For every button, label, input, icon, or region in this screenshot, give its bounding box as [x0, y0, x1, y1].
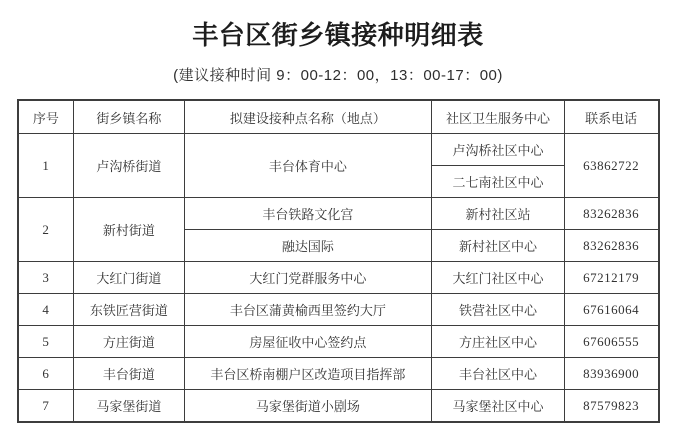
cell-center: 马家堡社区中心: [432, 390, 564, 423]
cell-serial: 7: [18, 390, 74, 423]
cell-site: 融达国际: [184, 230, 432, 262]
header-center: 社区卫生服务中心: [432, 100, 564, 134]
cell-street: 丰台街道: [74, 358, 184, 390]
cell-phone: 83936900: [564, 358, 658, 390]
cell-street: 新村街道: [74, 198, 184, 262]
cell-phone: 63862722: [564, 134, 658, 198]
header-site: 拟建设接种点名称（地点）: [184, 100, 432, 134]
table-header: 序号 街乡镇名称 拟建设接种点名称（地点） 社区卫生服务中心 联系电话: [18, 100, 659, 134]
cell-center: 二七南社区中心: [432, 166, 564, 198]
cell-serial: 6: [18, 358, 74, 390]
table-row: 2新村街道丰台铁路文化宫新村社区站83262836: [18, 198, 659, 230]
cell-serial: 3: [18, 262, 74, 294]
cell-street: 大红门街道: [74, 262, 184, 294]
page-subtitle: (建议接种时间 9：00-12：00，13：00-17：00): [0, 64, 676, 85]
cell-serial: 1: [18, 134, 74, 198]
cell-center: 大红门社区中心: [432, 262, 564, 294]
cell-site: 丰台铁路文化宫: [184, 198, 432, 230]
header-phone: 联系电话: [564, 100, 658, 134]
cell-phone: 83262836: [564, 198, 658, 230]
table-row: 4东铁匠营街道丰台区蒲黄榆西里签约大厅铁营社区中心67616064: [18, 294, 659, 326]
cell-phone: 67212179: [564, 262, 658, 294]
cell-center: 新村社区中心: [432, 230, 564, 262]
vaccination-table: 序号 街乡镇名称 拟建设接种点名称（地点） 社区卫生服务中心 联系电话 1卢沟桥…: [17, 99, 660, 423]
cell-site: 大红门党群服务中心: [184, 262, 432, 294]
table-row: 6丰台街道丰台区桥南棚户区改造项目指挥部丰台社区中心83936900: [18, 358, 659, 390]
table-row: 1卢沟桥街道丰台体育中心卢沟桥社区中心63862722: [18, 134, 659, 166]
header-street: 街乡镇名称: [74, 100, 184, 134]
cell-phone: 87579823: [564, 390, 658, 423]
cell-serial: 5: [18, 326, 74, 358]
cell-serial: 2: [18, 198, 74, 262]
cell-street: 方庄街道: [74, 326, 184, 358]
cell-site: 房屋征收中心签约点: [184, 326, 432, 358]
vaccination-table-body: 1卢沟桥街道丰台体育中心卢沟桥社区中心63862722二七南社区中心2新村街道丰…: [18, 134, 659, 423]
header-row: 序号 街乡镇名称 拟建设接种点名称（地点） 社区卫生服务中心 联系电话: [18, 100, 659, 134]
header-serial: 序号: [18, 100, 74, 134]
cell-street: 东铁匠营街道: [74, 294, 184, 326]
cell-street: 马家堡街道: [74, 390, 184, 423]
cell-center: 新村社区站: [432, 198, 564, 230]
cell-phone: 83262836: [564, 230, 658, 262]
cell-site: 丰台体育中心: [184, 134, 432, 198]
table-row: 7马家堡街道马家堡街道小剧场马家堡社区中心87579823: [18, 390, 659, 423]
cell-site: 丰台区桥南棚户区改造项目指挥部: [184, 358, 432, 390]
cell-phone: 67616064: [564, 294, 658, 326]
cell-center: 方庄社区中心: [432, 326, 564, 358]
cell-street: 卢沟桥街道: [74, 134, 184, 198]
table-row: 3大红门街道大红门党群服务中心大红门社区中心67212179: [18, 262, 659, 294]
page-title: 丰台区街乡镇接种明细表: [0, 0, 676, 51]
table-row: 5方庄街道房屋征收中心签约点方庄社区中心67606555: [18, 326, 659, 358]
cell-center: 铁营社区中心: [432, 294, 564, 326]
cell-site: 马家堡街道小剧场: [184, 390, 432, 423]
cell-phone: 67606555: [564, 326, 658, 358]
cell-center: 丰台社区中心: [432, 358, 564, 390]
cell-site: 丰台区蒲黄榆西里签约大厅: [184, 294, 432, 326]
cell-center: 卢沟桥社区中心: [432, 134, 564, 166]
cell-serial: 4: [18, 294, 74, 326]
